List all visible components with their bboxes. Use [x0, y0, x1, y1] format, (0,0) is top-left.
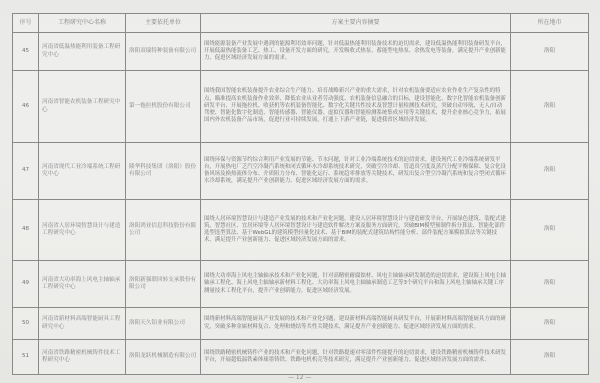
- row-host-unit: 洛阳新强联回转支承股份有限公司: [126, 261, 201, 308]
- row-summary: 围绕大功率海上风电主轴轴承技术和产业化问题，针对高精密耐腐蚀材、风电主轴轴承研发…: [201, 261, 511, 308]
- row-city: 洛阳: [511, 340, 589, 375]
- table-row: 46 河南省智能农机装备工程研究中心 第一拖拉机股份有限公司 围绕我国智能农机装…: [13, 71, 589, 143]
- table-row: 51 河南省铁路精密机械铸件技术工程研究中心 洛阳龙跃机械制造有限公司 围绕铁路…: [13, 340, 589, 375]
- row-summary: 围绕人居环境智慧设计与建造产业发展的技术和产业化问题，建设人居环境智慧设计与建造…: [201, 200, 511, 261]
- row-host-unit: 洛阳天久铝业有限公司: [126, 308, 201, 340]
- table-row: 45 河南省低温热能利用装备工程研究中心 洛阳双瑞特种装备有限公司 围绕能源装备…: [13, 33, 589, 71]
- row-seq: 45: [13, 33, 39, 71]
- row-center-name: 河南省铁路精密机械铸件技术工程研究中心: [39, 340, 126, 375]
- row-seq: 46: [13, 71, 39, 143]
- row-center-name: 河南省新材料高端智能厨具工程研究中心: [39, 308, 126, 340]
- row-city: 洛阳: [511, 33, 589, 71]
- row-center-name: 河南省智能农机装备工程研究中心: [39, 71, 126, 143]
- table-row: 48 河南省人居环境智慧设计与建造工程研究中心 洛阳鸿业信息科技股份有限公司 围…: [13, 200, 589, 261]
- table-row: 50 河南省新材料高端智能厨具工程研究中心 洛阳天久铝业有限公司 围绕新材料高端…: [13, 308, 589, 340]
- row-city: 洛阳: [511, 308, 589, 340]
- engineering-center-table: 序号 工程研究中心名称 主要依托单位 方案主要内容摘要 所在地市 45 河南省低…: [12, 13, 589, 375]
- header-city: 所在地市: [511, 14, 589, 33]
- row-seq: 50: [13, 308, 39, 340]
- table-row: 49 河南省大功率海上风电主轴轴承工程研究中心 洛阳新强联回转支承股份有限公司 …: [13, 261, 589, 308]
- row-host-unit: 洛阳龙跃机械制造有限公司: [126, 340, 201, 375]
- row-seq: 49: [13, 261, 39, 308]
- row-center-name: 河南省现代工业冷端系统工程研究中心: [39, 143, 126, 200]
- row-seq: 47: [13, 143, 39, 200]
- header-name: 工程研究中心名称: [39, 14, 126, 33]
- row-host-unit: 第一拖拉机股份有限公司: [126, 71, 201, 143]
- row-center-name: 河南省人居环境智慧设计与建造工程研究中心: [39, 200, 126, 261]
- row-seq: 51: [13, 340, 39, 375]
- row-host-unit: 隆华科技集团（洛阳）股份有限公司: [126, 143, 201, 200]
- header-seq: 序号: [13, 14, 39, 33]
- row-summary: 围绕我国智能农机装备提升农业综合生产能力、培育战略新兴产业的重大需求，针对农机装…: [201, 71, 511, 143]
- row-center-name: 河南省大功率海上风电主轴轴承工程研究中心: [39, 261, 126, 308]
- table-row: 47 河南省现代工业冷端系统工程研究中心 隆华科技集团（洛阳）股份有限公司 围绕…: [13, 143, 589, 200]
- page-number: — 12 —: [288, 374, 311, 381]
- document-sheet: 序号 工程研究中心名称 主要依托单位 方案主要内容摘要 所在地市 45 河南省低…: [12, 13, 588, 375]
- header-summary: 方案主要内容摘要: [201, 14, 511, 33]
- row-host-unit: 洛阳鸿业信息科技股份有限公司: [126, 200, 201, 261]
- row-city: 洛阳: [511, 261, 589, 308]
- row-city: 洛阳: [511, 200, 589, 261]
- row-host-unit: 洛阳双瑞特种装备有限公司: [126, 33, 201, 71]
- row-summary: 围绕铁路精密机械铸件产业的技术和产业化问题，针对铁路提速对零部件性能提升的迫切需…: [201, 340, 511, 375]
- row-center-name: 河南省低温热能利用装备工程研究中心: [39, 33, 126, 71]
- table-header-row: 序号 工程研究中心名称 主要依托单位 方案主要内容摘要 所在地市: [13, 14, 589, 33]
- row-summary: 围绕能源装备产业发展中遇到的能源利用效率问题，针对低温热能利用装备技术的迫切需求…: [201, 33, 511, 71]
- row-summary: 围绕新材料高端智能厨具产业发展的技术和产业化问题，建设新材料高端智能厨具研发平台…: [201, 308, 511, 340]
- row-city: 洛阳: [511, 143, 589, 200]
- header-unit: 主要依托单位: [126, 14, 201, 33]
- row-summary: 围绕环保与资源节约综合利用产业发展的节能、节水问题，针对工业冷端系统技术的迫切需…: [201, 143, 511, 200]
- row-seq: 48: [13, 200, 39, 261]
- row-city: 洛阳: [511, 71, 589, 143]
